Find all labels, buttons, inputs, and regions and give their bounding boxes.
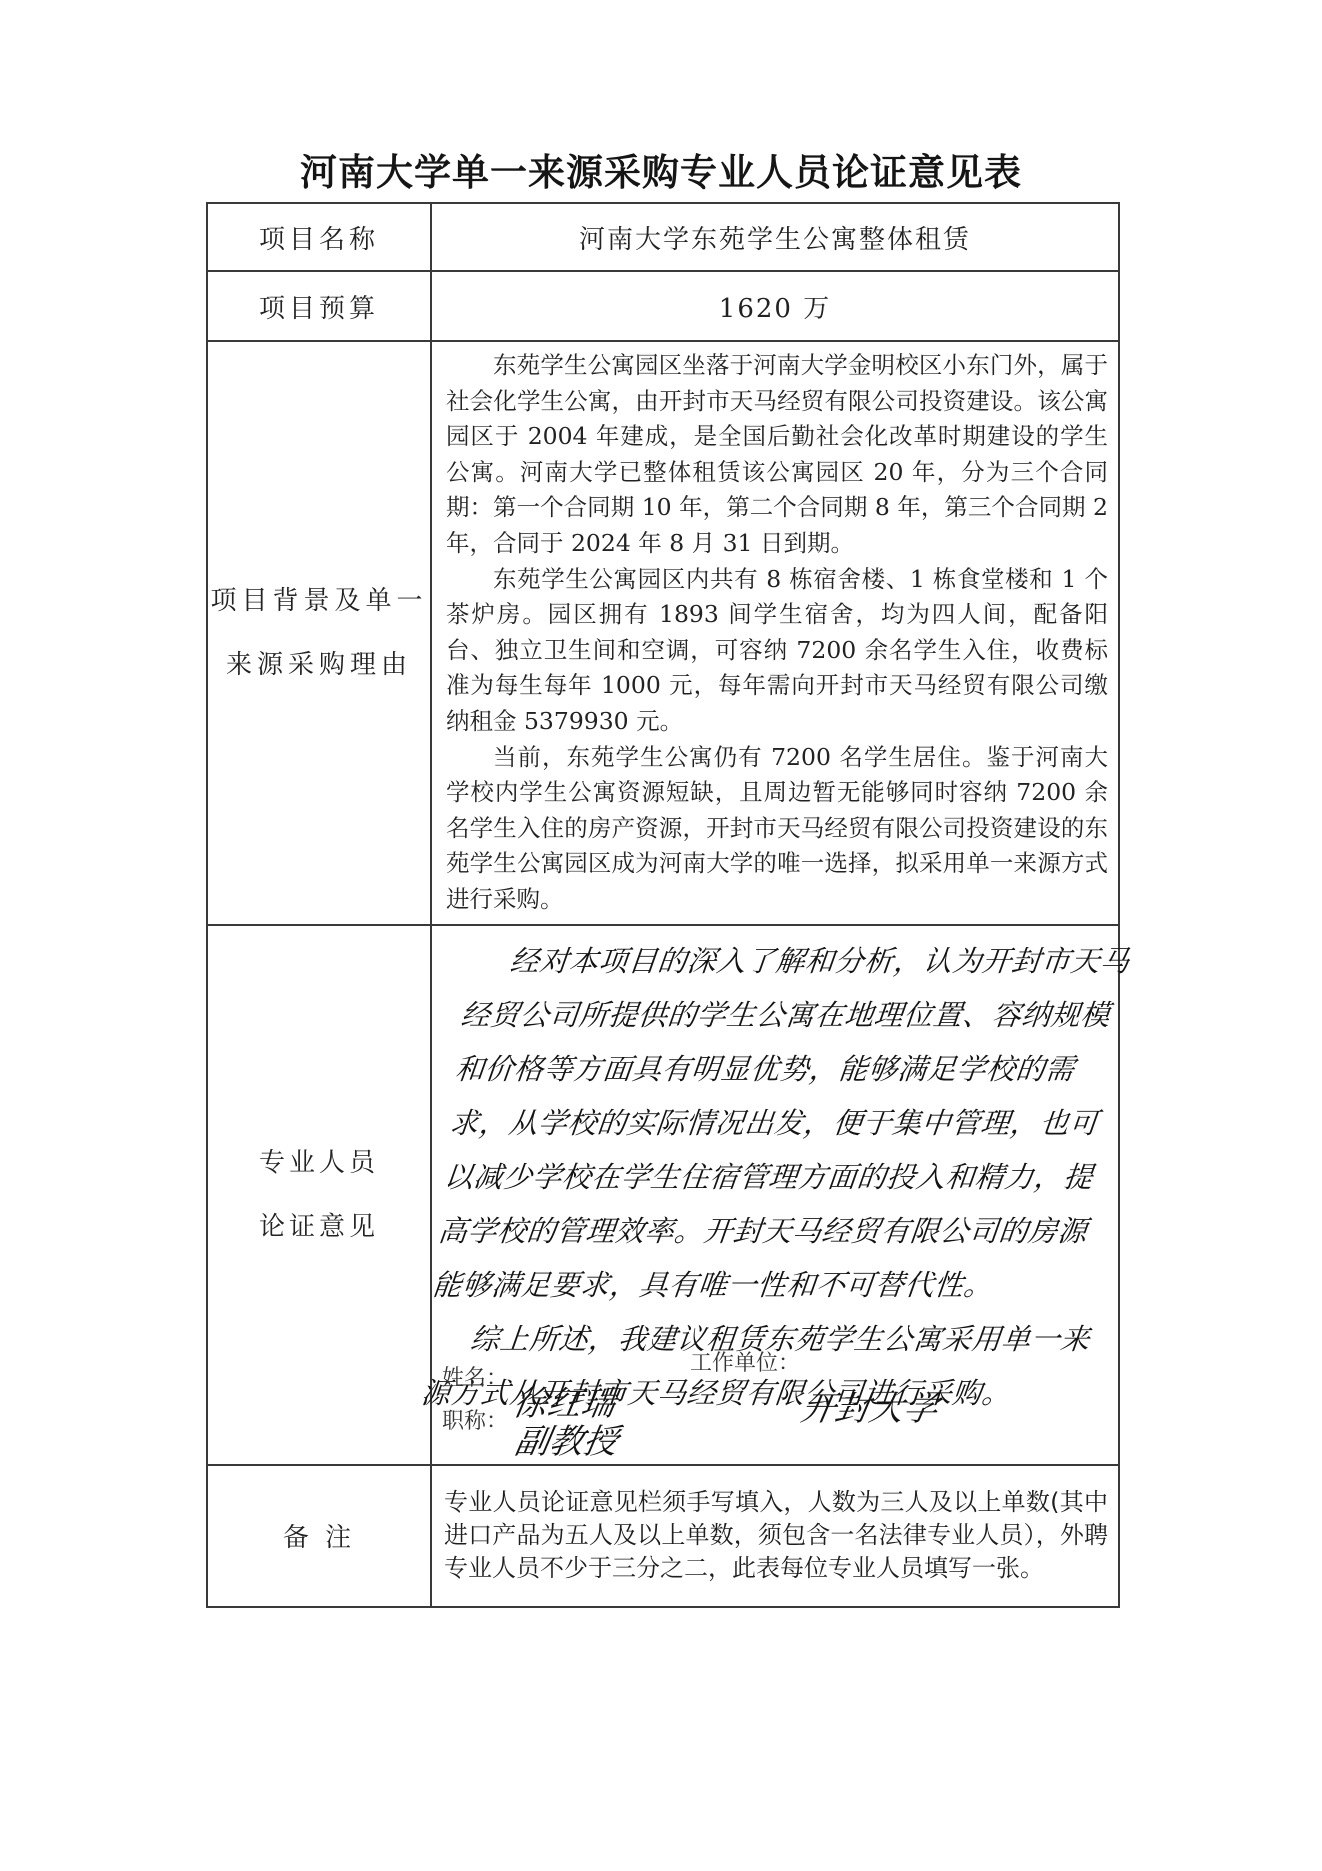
- expert-opinion-label-line-2: 论证意见: [208, 1195, 430, 1259]
- remark-label: 备 注: [207, 1465, 431, 1607]
- row-expert-opinion: 专业人员 论证意见 经对本项目的深入了解和分析，认为开封市天马经贸公司所提供的学…: [207, 925, 1119, 1465]
- expert-opinion-label-line-1: 专业人员: [208, 1131, 430, 1195]
- handwritten-paragraph-1: 经对本项目的深入了解和分析，认为开封市天马经贸公司所提供的学生公寓在地理位置、容…: [430, 934, 1136, 1312]
- name-label: 姓名：: [442, 1361, 508, 1392]
- remark-content: 专业人员论证意见栏须手写填入，人数为三人及以上单数(其中进口产品为五人及以上单数…: [431, 1465, 1119, 1607]
- project-name-label: 项目名称: [207, 203, 431, 271]
- background-content: 东苑学生公寓园区坐落于河南大学金明校区小东门外，属于社会化学生公寓，由开封市天马…: [431, 341, 1119, 925]
- background-paragraph-2: 东苑学生公寓园区内共有 8 栋宿舍楼、1 栋食堂楼和 1 个茶炉房。园区拥有 1…: [446, 562, 1108, 740]
- project-budget-label: 项目预算: [207, 271, 431, 341]
- row-project-background: 项目背景及单一来源采购理由 东苑学生公寓园区坐落于河南大学金明校区小东门外，属于…: [207, 341, 1119, 925]
- project-budget-value: 1620 万: [431, 271, 1119, 341]
- background-label: 项目背景及单一来源采购理由: [207, 341, 431, 925]
- row-project-name: 项目名称 河南大学东苑学生公寓整体租赁: [207, 203, 1119, 271]
- form-title: 河南大学单一来源采购专业人员论证意见表: [0, 142, 1322, 196]
- justification-form-table: 项目名称 河南大学东苑学生公寓整体租赁 项目预算 1620 万 项目背景及单一来…: [206, 202, 1120, 1608]
- title-label: 职称：: [442, 1404, 508, 1435]
- background-paragraph-3: 当前，东苑学生公寓仍有 7200 名学生居住。鉴于河南大学校内学生公寓资源短缺，…: [446, 740, 1108, 918]
- expert-opinion-label: 专业人员 论证意见: [207, 925, 431, 1465]
- project-name-value: 河南大学东苑学生公寓整体租赁: [431, 203, 1119, 271]
- background-paragraph-1: 东苑学生公寓园区坐落于河南大学金明校区小东门外，属于社会化学生公寓，由开封市天马…: [446, 348, 1108, 562]
- remark-text: 专业人员论证意见栏须手写填入，人数为三人及以上单数(其中进口产品为五人及以上单数…: [432, 1482, 1118, 1589]
- expert-opinion-content: 经对本项目的深入了解和分析，认为开封市天马经贸公司所提供的学生公寓在地理位置、容…: [431, 925, 1119, 1465]
- row-remark: 备 注 专业人员论证意见栏须手写填入，人数为三人及以上单数(其中进口产品为五人及…: [207, 1465, 1119, 1607]
- row-project-budget: 项目预算 1620 万: [207, 271, 1119, 341]
- work-unit-signature: 开封大学: [798, 1381, 943, 1430]
- work-unit-label: 工作单位：: [690, 1346, 800, 1377]
- title-signature: 副教授: [512, 1414, 623, 1463]
